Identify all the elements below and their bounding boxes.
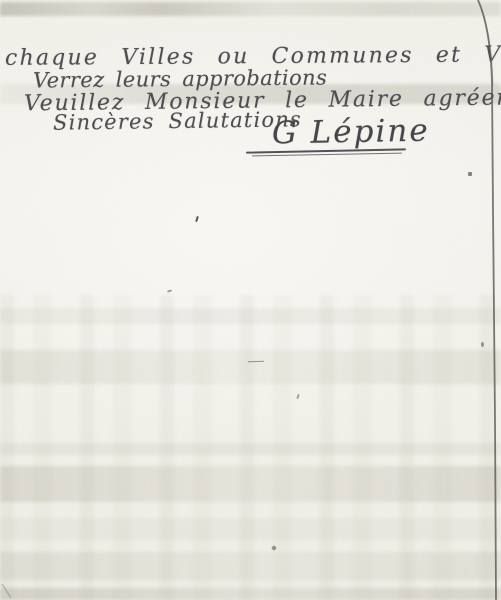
ink-speck-dash bbox=[248, 361, 264, 363]
scanned-letter-page: chaque Villes ou Communes et Vous Verrez… bbox=[0, 0, 501, 600]
handwritten-line-4: Sincères Salutations bbox=[53, 107, 302, 134]
scan-smudge-band-top bbox=[0, 2, 501, 16]
scan-smudge-band-low-4 bbox=[0, 552, 501, 580]
ink-speck bbox=[271, 545, 276, 550]
ink-speck bbox=[481, 342, 484, 347]
scan-smudge-band-low-2 bbox=[0, 466, 501, 502]
ink-speck bbox=[296, 394, 300, 399]
signature: G Lépine bbox=[272, 113, 430, 152]
ink-speck bbox=[167, 289, 172, 292]
scan-smudge-band-bottom bbox=[0, 588, 501, 600]
scan-texture-stripes bbox=[0, 295, 501, 600]
scan-smudge-band-low-1 bbox=[0, 443, 501, 455]
scan-smudge-band-mid-2 bbox=[0, 350, 501, 384]
scan-smudge-band-low-3 bbox=[0, 518, 501, 540]
ink-speck bbox=[468, 172, 472, 176]
ink-speck bbox=[195, 216, 199, 222]
scan-smudge-band-mid-1 bbox=[0, 308, 501, 324]
signature-underline-echo bbox=[252, 153, 402, 157]
